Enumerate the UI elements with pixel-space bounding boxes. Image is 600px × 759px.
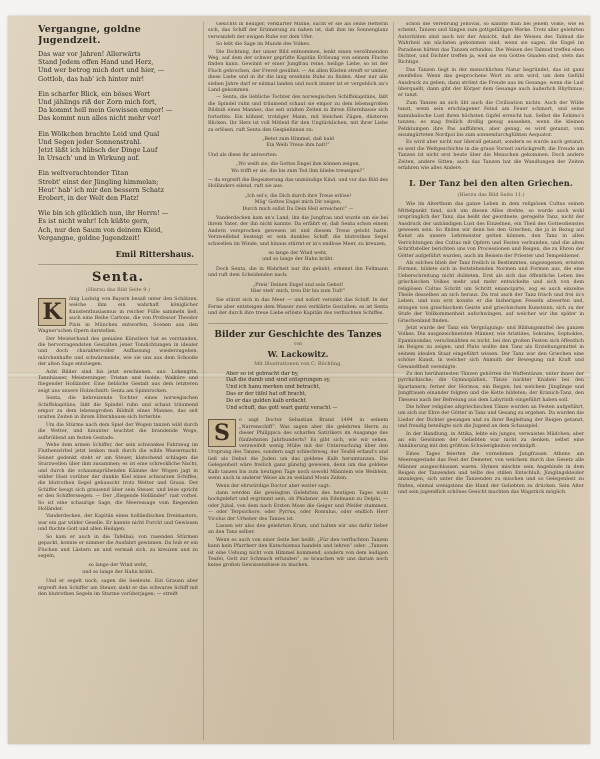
- article-paragraph: dann werden die gewiegten Gelehrten des …: [208, 491, 388, 523]
- column-1: Vergangne, goldne Jugendzeit. Das war vo…: [38, 22, 198, 742]
- poem-stanza: Das war vor Jahren! Allerwärts Stand Jed…: [38, 50, 198, 83]
- column-3: schon die Verehrung Jehovas, so kannte m…: [398, 22, 584, 662]
- article-paragraph: Der Meisterhand des genialen Künstlers h…: [38, 337, 198, 369]
- article-paragraph: So sagt Doctor Sebastian Brand 1494 in s…: [208, 418, 388, 482]
- article-paragraph: König Ludwig von Bayern besaß unter den …: [38, 297, 198, 335]
- article-author: W. Lackowitz.: [208, 349, 388, 359]
- column-rule: [203, 22, 204, 740]
- article-paragraph: Jetzt wurde der Tanz ein Vergnügungs- un…: [398, 326, 584, 371]
- illustrator-credit: Mit Illustrationen von C. Röchling.: [208, 361, 388, 367]
- section-subtitle: (Hierzu das Bild Seite 11.): [398, 192, 584, 198]
- article-paragraph: Wehe dem armen Schiffer, der sein schwan…: [38, 443, 198, 513]
- article-paragraph: In der Handlung, in Attika, lebte ein ju…: [398, 432, 584, 451]
- byline-von: von: [208, 342, 388, 347]
- article-paragraph: Sie stürzt sich in das Meer — und sofort…: [208, 298, 388, 317]
- article-paragraph: — Senta, die liebliche Tochter des norwe…: [208, 95, 388, 133]
- quote: „Preis' Deinen Engel und sein Gebot! Hie…: [208, 283, 388, 296]
- article-paragraph: So kam er auch in die Tafelbai; von rase…: [38, 535, 198, 561]
- article-paragraph: Eines Tages feierten die vornehmen Jungf…: [398, 452, 584, 497]
- quote: so lange der Wind weht, und so lange der…: [208, 251, 388, 264]
- quote: „Wo weilt sie, die Gottes Engel ihm könn…: [208, 162, 388, 175]
- column-2: Gesichts in heiliger, verklärter Minne, …: [208, 22, 388, 742]
- article-subtitle: (Hierzu das Bild Seite 9.): [38, 287, 198, 293]
- article-paragraph: Vanderdecken, der Kapitän eines holländi…: [38, 514, 198, 533]
- article-title-tanzes: Bilder zur Geschichte des Tanzes: [208, 330, 388, 340]
- article-paragraph: Das Tanzen liegt in der menschlichen Nat…: [398, 68, 584, 100]
- article-paragraph: Vanderdecken kam an's Land, ihn die Jung…: [208, 216, 388, 248]
- column-rule: [393, 22, 394, 740]
- article-paragraph: Zum Tanzen an sich übt auch die Civilisa…: [398, 101, 584, 139]
- article-paragraph: Und er segelt noch, sagen die Seeleute. …: [38, 579, 198, 598]
- poem-title: Vergangne, goldne Jugendzeit.: [38, 24, 198, 46]
- quote: „Betet zum Himmel, daß bald Ein Weib Tre…: [208, 137, 388, 150]
- article-paragraph: Es wird aber nicht nur überall getanzt, …: [398, 140, 584, 172]
- article-paragraph: Die höher religiöse altgriechischen Tänz…: [398, 405, 584, 431]
- article-paragraph: Wie im Alterthum das ganze Leben in dem …: [398, 202, 584, 260]
- article-paragraph: Acht Bilder sind bis jetzt erschienen, a…: [38, 370, 198, 396]
- article-paragraph: Die Dichtung, der unser Bild entnommen, …: [208, 50, 388, 95]
- article-paragraph: Gesichts in heiliger, verklärter Minne, …: [208, 22, 388, 41]
- article-paragraph: schon die Verehrung Jehovas, so kannte m…: [398, 22, 584, 67]
- article-paragraph: Wenn der ehrwürdige Doctor aber weiter s…: [208, 484, 388, 490]
- poem-stanza: Ein Wölkchen brachte Leid und Qual Und S…: [38, 130, 198, 163]
- article-paragraph: — da ergreift die Begeisterung das unmün…: [208, 178, 388, 191]
- poem-stanza: Ein weltverachtender Titan Strebt' einst…: [38, 169, 198, 202]
- section-title: I. Der Tanz bei den alten Griechen.: [398, 178, 584, 188]
- article-paragraph: Lassen wir also den gelehrten Kram, und …: [208, 524, 388, 537]
- verse-quote: Aber so ist gebracht dar by, Daß die dum…: [208, 371, 388, 412]
- article-paragraph: Um die Stürme nach dem Spiel der Wogen t…: [38, 423, 198, 442]
- article-paragraph: Als solches blieb der Tanz freilich in B…: [398, 261, 584, 325]
- article-paragraph: Doch Senta, die in Wahrheit nur ihn geli…: [208, 267, 388, 280]
- article-paragraph: Wenn es auch von einer Seite her heißt: …: [208, 538, 388, 570]
- quote: „Ich sei's, die Dich durch ihre Treue er…: [208, 194, 388, 213]
- divider: [38, 264, 198, 265]
- divider: [208, 323, 388, 324]
- article-paragraph: So lebt die Sage im Munde des Volkes.: [208, 42, 388, 48]
- poem-stanza: Wie bin ich glücklich nun, ihr Herrn! — …: [38, 209, 198, 242]
- quote: so lange der Wind weht, und so lange der…: [38, 563, 198, 576]
- ornamental-initial-k: K: [38, 298, 66, 326]
- poem-author: Emil Rittershaus.: [38, 249, 194, 259]
- poem-stanza: Ein scharfer Blick, ein böses Wort Und j…: [38, 90, 198, 123]
- article-paragraph: Zu den berühmtesten Tänzen gehörten die …: [398, 372, 584, 404]
- article-paragraph: Senta, die liebreizende Tochter eines no…: [38, 396, 198, 422]
- ornamental-initial-s: S: [208, 419, 236, 447]
- article-paragraph: Und als diese ihr antworten:: [208, 153, 388, 159]
- article-title-senta: Senta.: [38, 270, 198, 285]
